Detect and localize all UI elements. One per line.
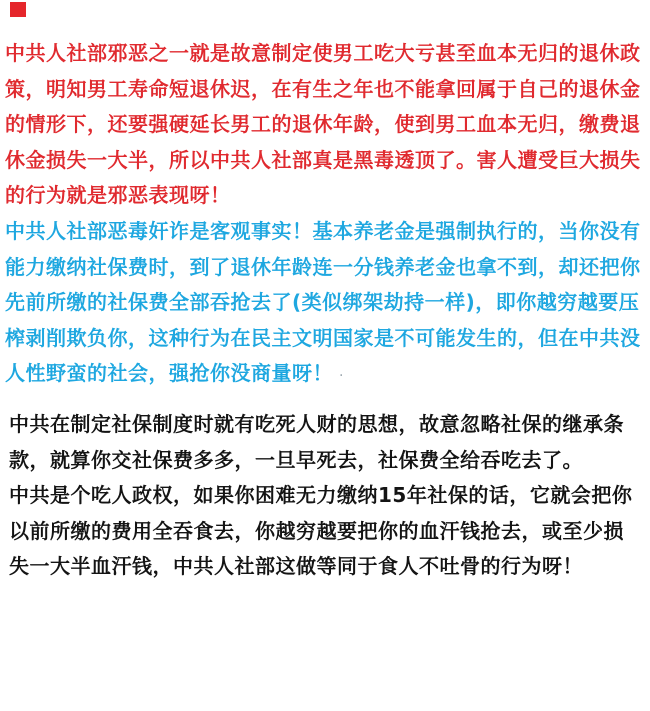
- red-square-decoration: [10, 2, 26, 17]
- text-line: 的情形下，还要强硬延长男工的退休年龄，使到男工血本无归，缴费退: [5, 107, 646, 143]
- text-line: 人性野蛮的社会，强抢你没商量呀！·: [5, 356, 646, 395]
- text-line: 策，明知男工寿命短退休迟，在有生之年也不能拿回属于自己的退休金: [5, 72, 646, 108]
- text-line: 款，就算你交社保费多多，一旦早死去，社保费全给吞吃去了。: [9, 443, 646, 479]
- paragraph-pension-seizure: 中共人社部恶毒奸诈是客观事实！基本养老金是强制执行的，当你没有能力缴纳社保费时，…: [0, 214, 650, 395]
- text-line: 的行为就是邪恶表现呀！: [5, 178, 646, 214]
- text-line: 先前所缴的社保费全部吞抢去了(类似绑架劫持一样)，即你越穷越要压: [5, 285, 646, 321]
- paragraph-inheritance: 中共在制定社保制度时就有吃死人财的思想，故意忽略社保的继承条款，就算你交社保费多…: [0, 407, 650, 478]
- paragraph-cannibal-regime: 中共是个吃人政权，如果你困难无力缴纳15年社保的话，它就会把你以前所缴的费用全吞…: [0, 478, 650, 585]
- paragraph-retirement-policy: 中共人社部邪恶之一就是故意制定使男工吃大亏甚至血本无归的退休政策，明知男工寿命短…: [0, 36, 650, 214]
- text-line: 中共是个吃人政权，如果你困难无力缴纳15年社保的话，它就会把你: [9, 478, 646, 514]
- text-line: 中共人社部邪恶之一就是故意制定使男工吃大亏甚至血本无归的退休政: [5, 36, 646, 72]
- text-line: 失一大半血汗钱，中共人社部这做等同于食人不吐骨的行为呀！: [9, 549, 646, 585]
- text-line: 榨剥削欺负你，这种行为在民主文明国家是不可能发生的，但在中共没: [5, 321, 646, 357]
- text-line: 中共人社部恶毒奸诈是客观事实！基本养老金是强制执行的，当你没有: [5, 214, 646, 250]
- text-line: 休金损失一大半，所以中共人社部真是黑毒透顶了。害人遭受巨大损失: [5, 143, 646, 179]
- text-line: 中共在制定社保制度时就有吃死人财的思想，故意忽略社保的继承条: [9, 407, 646, 443]
- document-body: 中共人社部邪恶之一就是故意制定使男工吃大亏甚至血本无归的退休政策，明知男工寿命短…: [0, 36, 650, 585]
- text-line: 能力缴纳社保费时，到了退休年龄连一分钱养老金也拿不到，却还把你: [5, 250, 646, 286]
- faint-dot: ·: [339, 368, 344, 384]
- text-line: 以前所缴的费用全吞食去，你越穷越要把你的血汗钱抢去，或至少损: [9, 514, 646, 550]
